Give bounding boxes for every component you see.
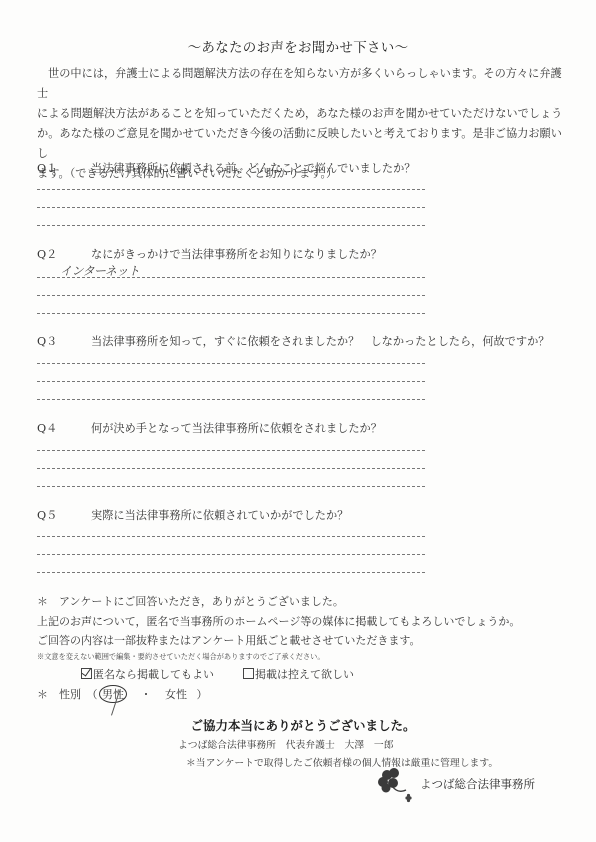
answer-line[interactable]: [37, 313, 425, 314]
survey-title: ～あなたのお声をお聞かせ下さい～: [0, 36, 596, 56]
thanks-note: ＊ アンケートにご回答いただき，ありがとうございました。: [37, 593, 344, 609]
answer-line[interactable]: [37, 189, 425, 190]
intro-line: か。あなた様のご意見を聞かせていただき今後の活動に反映したいと考えております。是…: [37, 124, 567, 164]
consent-yes[interactable]: 匿名なら掲載してもよい: [81, 668, 218, 681]
publish-question: 上記のお声について，匿名で当事務所のホームページ等の媒体に掲載してもよろしいでし…: [37, 613, 520, 629]
answer-line[interactable]: [37, 277, 425, 278]
gender-separator: ・: [141, 688, 152, 701]
question-text: なにがきっかけで当法律事務所をお知りになりましたか？: [91, 246, 382, 262]
question-1: Q１ 当法律事務所に依頼される前，どんなことで悩んでいましたか？: [37, 160, 415, 176]
question-text: 当法律事務所を知って，すぐに依頼をされましたか？ しなかったとしたら，何故ですか…: [91, 333, 549, 349]
answer-line[interactable]: [37, 225, 425, 226]
answer-line[interactable]: [37, 450, 425, 451]
gender-suffix: ）: [197, 688, 208, 701]
privacy-note: ＊当アンケートで取得したご依頼者様の個人情報は厳重に管理します。: [186, 755, 498, 769]
clover-icon: [378, 768, 418, 808]
answer-line[interactable]: [37, 381, 425, 382]
firm-signature: よつば総合法律事務所 代表弁護士 大澤 一郎: [178, 737, 394, 751]
answer-line[interactable]: [37, 363, 425, 364]
edit-note: ※文意を変えない範囲で編集・要約させていただく場合がありますのでご了承ください。: [37, 652, 325, 662]
answer-line[interactable]: [37, 399, 425, 400]
question-number: Q３: [37, 333, 91, 349]
consent-yes-label: 匿名なら掲載してもよい: [93, 668, 214, 681]
intro-line: 世の中には，弁護士による問題解決方法の存在を知らない方が多くいらっしゃいます。そ…: [37, 64, 567, 104]
consent-no[interactable]: 掲載は控えて欲しい: [243, 668, 354, 681]
answer-line[interactable]: [37, 486, 425, 487]
question-4: Q４ 何が決め手となって当法律事務所に依頼をされましたか？: [37, 420, 382, 436]
gender-male-selected[interactable]: 男性: [99, 685, 127, 703]
answer-line[interactable]: [37, 207, 425, 208]
question-2: Q２ なにがきっかけで当法律事務所をお知りになりましたか？: [37, 246, 382, 262]
answer-line[interactable]: [37, 572, 425, 573]
checkbox-checked-icon[interactable]: [81, 668, 92, 679]
answer-line[interactable]: [37, 468, 425, 469]
question-number: Q５: [37, 507, 91, 523]
gender-prefix: ＊ 性別 （: [37, 688, 98, 701]
question-text: 何が決め手となって当法律事務所に依頼をされましたか？: [91, 420, 382, 436]
gender-field: ＊ 性別 （ 男性 ・ 女性 ）: [37, 685, 208, 703]
question-3: Q３ 当法律事務所を知って，すぐに依頼をされましたか？ しなかったとしたら，何故…: [37, 333, 549, 349]
question-5: Q５ 実際に当法律事務所に依頼されていかがでしたか？: [37, 507, 348, 523]
closing-thanks: ご協力本当にありがとうございました。: [0, 716, 596, 734]
intro-line: による問題解決方法があることを知っていただくため，あなた様のお声を聞かせていただ…: [37, 104, 567, 124]
question-number: Q４: [37, 420, 91, 436]
question-number: Q１: [37, 160, 91, 176]
answer-line[interactable]: [37, 554, 425, 555]
question-text: 当法律事務所に依頼される前，どんなことで悩んでいましたか？: [91, 160, 415, 176]
firm-logo-text: よつば総合法律事務所: [420, 776, 535, 792]
answer-line[interactable]: [37, 536, 425, 537]
consent-options: 匿名なら掲載してもよい 掲載は控えて欲しい: [81, 666, 354, 682]
question-number: Q２: [37, 246, 91, 262]
question-text: 実際に当法律事務所に依頼されていかがでしたか？: [91, 507, 348, 523]
checkbox-empty-icon[interactable]: [243, 668, 254, 679]
answer-line[interactable]: [37, 295, 425, 296]
consent-no-label: 掲載は控えて欲しい: [255, 668, 354, 681]
gender-female[interactable]: 女性: [165, 688, 187, 701]
publish-detail: ご回答の内容は一部抜粋またはアンケート用紙ごと載せさせていただきます。: [37, 632, 420, 648]
